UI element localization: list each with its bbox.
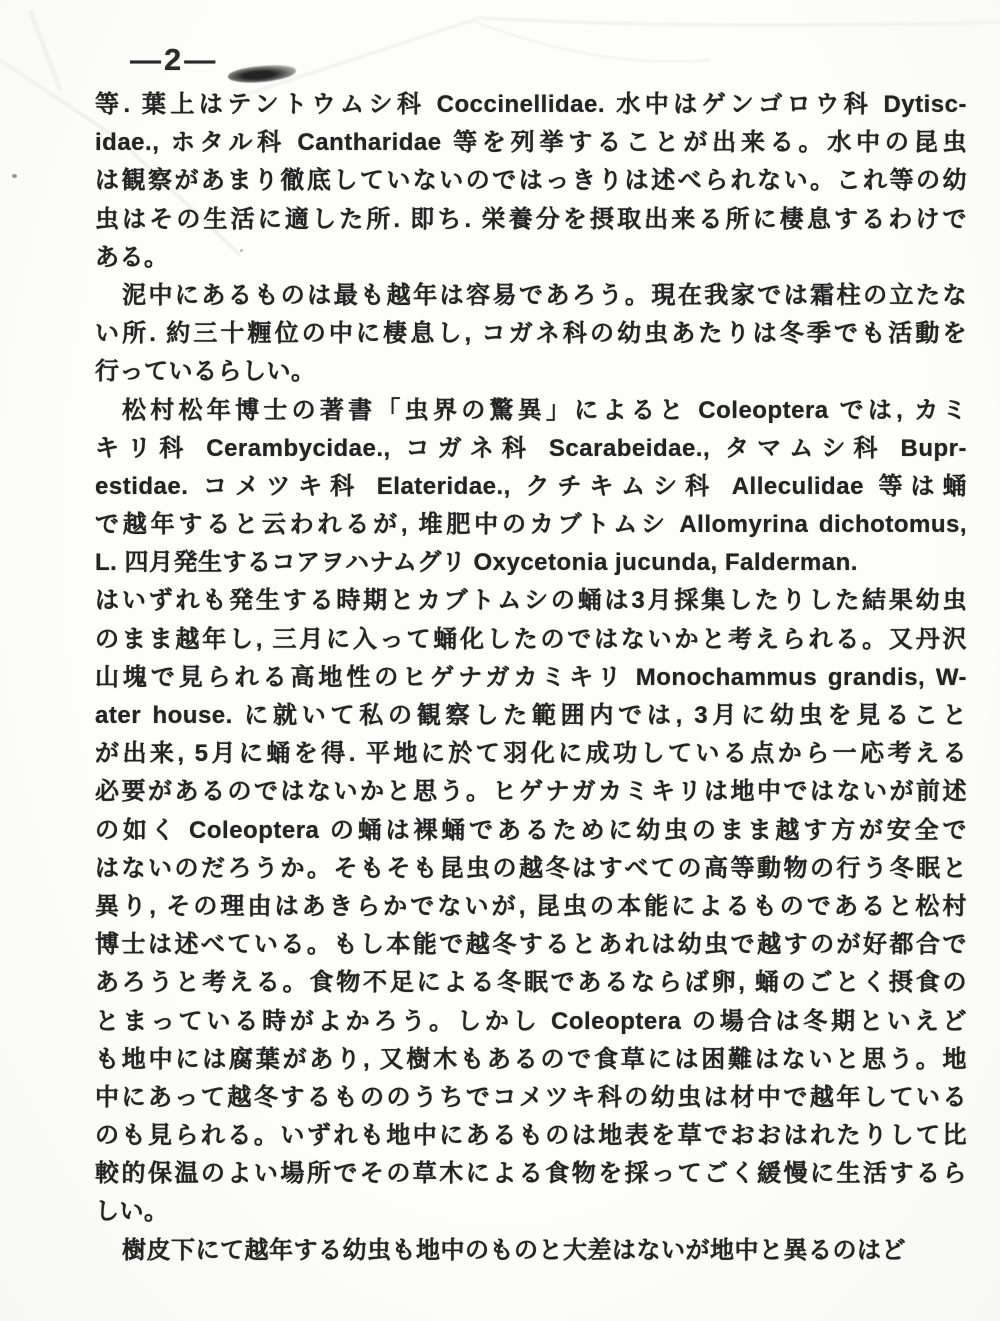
text-line: で越年すると云われるが, 堆肥中のカブトムシ Allomyrina dichot… bbox=[95, 506, 967, 544]
text-line: ある。 bbox=[95, 239, 967, 277]
text-line: は観察があまり徹底していないのではっきりは述べられない。これ等の幼 bbox=[95, 162, 967, 200]
text-line: も地中には腐葉があり, 又樹木もあるので食草には困難はないと思う。地 bbox=[95, 1041, 967, 1079]
text-line: 松村松年博士の著書「虫界の驚異」によると Coleoptera では, カミ bbox=[95, 392, 967, 430]
ink-smudge-artifact bbox=[228, 64, 297, 85]
text-line: 泥中にあるものは最も越年は容易であろう。現在我家では霜柱の立たな bbox=[95, 277, 967, 315]
text-line: 較的保温のよい場所でその草木による食物を採ってごく緩慢に生活するら bbox=[95, 1155, 967, 1193]
text-line: はいずれも発生する時期とカブトムシの蛹は3月採集したりした結果幼虫 bbox=[95, 582, 967, 620]
text-line: 樹皮下にて越年する幼虫も地中のものと大差はないが地中と異るのはど bbox=[95, 1232, 967, 1270]
text-line: L. 四月発生するコアヲハナムグリ Oxycetonia jucunda, Fa… bbox=[95, 544, 967, 582]
page-number: —2— bbox=[130, 42, 218, 78]
text-line: 必要があるのではないかと思う。ヒゲナガカミキリは地中ではないが前述 bbox=[95, 773, 967, 811]
text-line: が出来, 5月に蛹を得. 平地に於て羽化に成功している点から一応考える bbox=[95, 735, 967, 773]
text-line: のも見られる。いずれも地中にあるものは地表を草でおおはれたりして比 bbox=[95, 1117, 967, 1155]
text-line: しい。 bbox=[95, 1193, 967, 1231]
scanned-document-page: —2— 等. 葉上はテントウムシ科 Coccinellidae. 水中はゲンゴロ… bbox=[0, 0, 1000, 1321]
text-line: の如く Coleoptera の蛹は裸蛹であるために幼虫のまま越す方が安全で bbox=[95, 812, 967, 850]
text-line: 虫はその生活に適した所. 即ち. 栄養分を摂取出来る所に棲息するわけで bbox=[95, 201, 967, 239]
text-line: estidae. コメツキ科 Elateridae., クチキムシ科 Allec… bbox=[95, 468, 967, 506]
text-line: 異り, その理由はあきらかでないが, 昆虫の本能によるものであると松村 bbox=[95, 888, 967, 926]
text-line: のまま越年し, 三月に入って蛹化したのではないかと考えられる。又丹沢 bbox=[95, 621, 967, 659]
scan-speck bbox=[12, 174, 17, 178]
text-line: とまっている時がよかろう。しかし Coleoptera の場合は冬期といえど bbox=[95, 1003, 967, 1041]
text-line: キリ科 Cerambycidae., コガネ科 Scarabeidae., タマ… bbox=[95, 430, 967, 468]
text-line: はないのだろうか。そもそも昆虫の越冬はすべての高等動物の行う冬眠と bbox=[95, 850, 967, 888]
text-line: 山塊で見られる高地性のヒゲナガカミキリ Monochammus grandis,… bbox=[95, 659, 967, 697]
text-line: idae., ホタル科 Cantharidae 等を列挙することが出来る。水中の… bbox=[95, 124, 967, 162]
text-line: 行っているらしい。 bbox=[95, 353, 967, 391]
text-line: ater house. に就いて私の観察した範囲内では, 3月に幼虫を見ること bbox=[95, 697, 967, 735]
text-line: い所. 約三十糎位の中に棲息し, コガネ科の幼虫あたりは冬季でも活動を bbox=[95, 315, 967, 353]
text-line: 等. 葉上はテントウムシ科 Coccinellidae. 水中はゲンゴロウ科 D… bbox=[95, 86, 967, 124]
text-line: あろうと考える。食物不足による冬眠であるならば卵, 蛹のごとく摂食の bbox=[95, 964, 967, 1002]
text-line: 中にあって越冬するもののうちでコメツキ科の幼虫は材中で越年している bbox=[95, 1079, 967, 1117]
text-line: 博士は述べている。もし本能で越冬するとあれは幼虫で越すのが好都合で bbox=[95, 926, 967, 964]
document-text-block: 等. 葉上はテントウムシ科 Coccinellidae. 水中はゲンゴロウ科 D… bbox=[95, 86, 967, 1270]
